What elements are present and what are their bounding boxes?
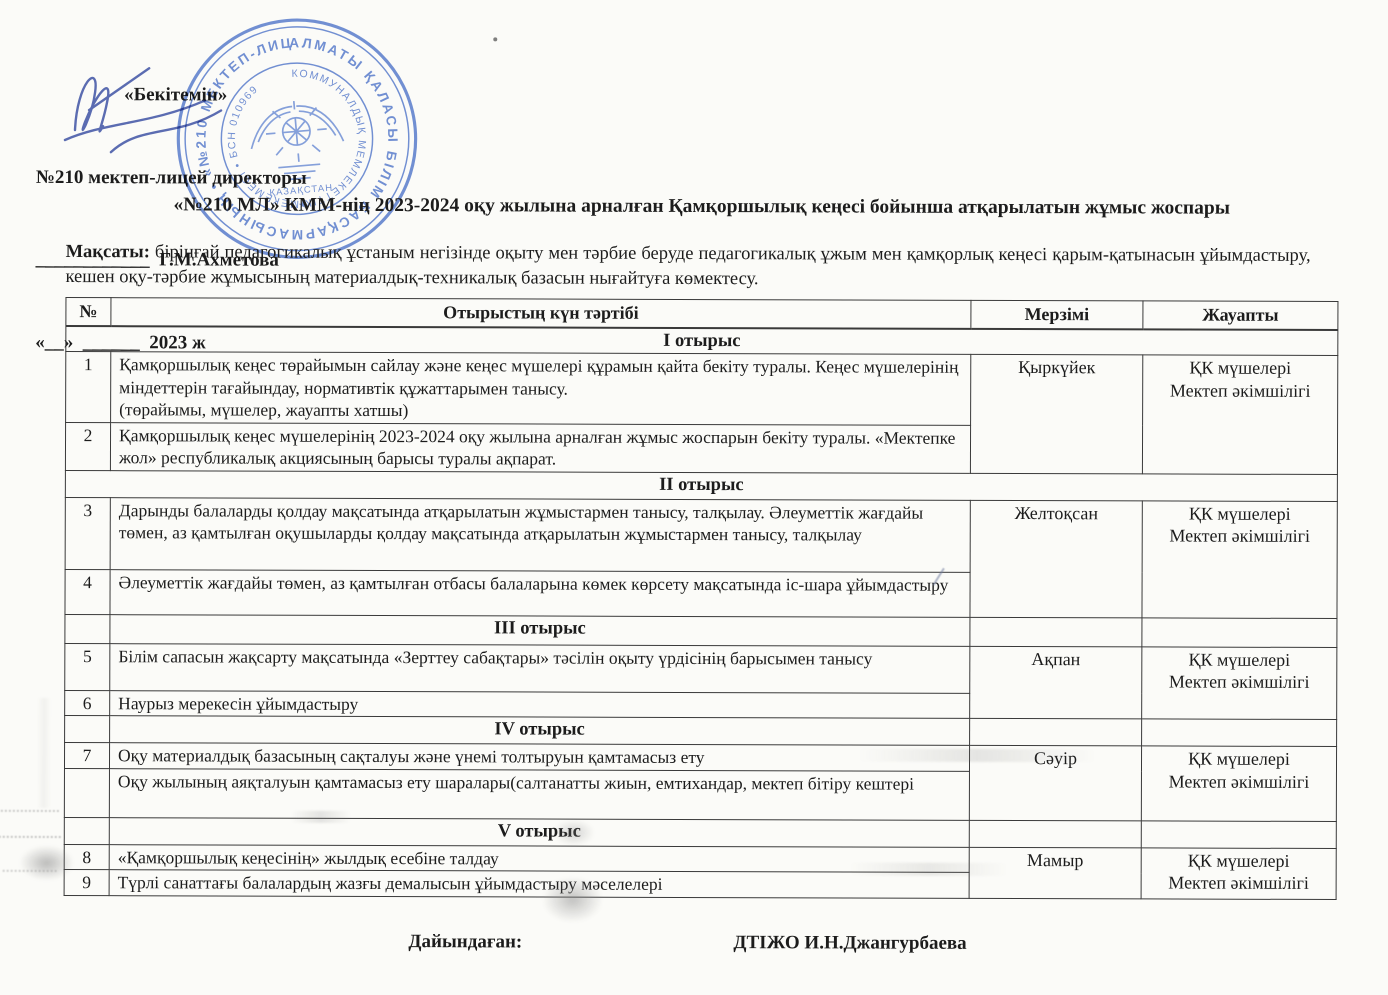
empty-cell — [970, 718, 1142, 746]
section-row-5: V отырыс — [64, 817, 1336, 848]
official-stamp: АЛМАТЫ ҚАЛАСЫ БІЛІМ БАСҚАРМАСЫНЫҢ • «№21… — [161, 3, 433, 275]
agenda-cell: Әлеуметтік жағдайы төмен, аз қамтылған о… — [110, 569, 970, 617]
empty-cell — [1142, 719, 1337, 747]
table-row: 1 Қамқоршылық кеңес төрайымын сайлау жән… — [66, 352, 1338, 426]
empty-cell — [970, 617, 1142, 647]
section-header-cell: I отырыс — [66, 326, 1338, 356]
scan-speck — [493, 37, 497, 41]
agenda-cell: Білім сапасын жақсарту мақсатында «Зертт… — [110, 643, 970, 693]
table-row: 8 «Қамқоршылық кеңесінің» жылдық есебіне… — [64, 844, 1336, 873]
header-term: Мерзімі — [971, 300, 1143, 329]
row-number-cell: 6 — [65, 690, 110, 716]
section-header-cell: V отырыс — [109, 817, 969, 847]
row-number-cell: 1 — [66, 352, 111, 423]
empty-cell — [969, 820, 1141, 848]
empty-cell — [64, 817, 109, 844]
row-number-cell: 9 — [64, 870, 109, 896]
footer-block: Дайындаған: ДТІЖО И.Н.Джангурбаева — [0, 930, 1386, 934]
purpose-paragraph: Мақсаты: біріңғай педагогикалық ұстаным … — [65, 240, 1310, 293]
section-row-4: IV отырыс — [65, 716, 1337, 747]
term-cell: Желтоқсан — [970, 500, 1142, 618]
agenda-cell: Түрлі санаттағы балалардың жазғы демалыс… — [109, 870, 969, 898]
empty-cell — [1141, 820, 1336, 848]
agenda-cell: Оқу жылының аяқталуын қамтамасыз ету шар… — [109, 768, 969, 820]
state-emblem-icon — [248, 97, 347, 182]
empty-cell — [1142, 617, 1337, 647]
responsible-cell: ҚК мүшелері Мектеп әкімшілігі — [1142, 355, 1337, 474]
header-responsible: Жауапты — [1143, 301, 1338, 330]
table-row: 5 Білім сапасын жақсарту мақсатында «Зер… — [65, 643, 1337, 694]
row-number-cell — [64, 768, 109, 817]
agenda-cell: Қамқоршылық кеңес төрайымын сайлау және … — [111, 352, 971, 425]
section-row-1: I отырыс — [66, 326, 1338, 356]
agenda-cell: Наурыз мерекесін ұйымдастыру — [110, 690, 970, 718]
document-title: «№210 МЛ» КММ-нің 2023-2024 оқу жылына а… — [66, 194, 1338, 220]
section-header-cell: III отырыс — [110, 614, 970, 646]
purpose-text: біріңғай педагогикалық ұстаным негізінде… — [66, 242, 1311, 288]
header-agenda: Отырыстың күн тәртібі — [111, 298, 971, 329]
scanned-document-page: «Бекітемін» №210 мектеп-лицей директоры … — [0, 0, 1388, 995]
prepared-by-name: ДТІЖО И.Н.Джангурбаева — [733, 932, 966, 955]
section-row-3: III отырыс — [65, 614, 1337, 647]
row-number-cell: 4 — [65, 569, 110, 614]
scan-smudge — [3, 870, 57, 872]
section-header-cell: IV отырыс — [110, 716, 970, 746]
row-number-cell: 5 — [65, 643, 110, 690]
term-cell: Ақпан — [970, 646, 1142, 719]
section-header-cell: II отырыс — [65, 470, 1337, 501]
empty-cell — [65, 614, 110, 643]
scan-smudge — [37, 698, 51, 808]
responsible-cell: ҚК мүшелері Мектеп әкімшілігі — [1142, 646, 1337, 719]
agenda-cell: Оқу материалдық базасының сақталуы және … — [109, 743, 969, 771]
row-number-cell: 8 — [64, 844, 109, 870]
section-row-2: II отырыс — [65, 470, 1337, 501]
row-number-cell: 3 — [65, 497, 110, 569]
term-cell: Мамыр — [969, 847, 1141, 899]
row-number-cell: 2 — [65, 422, 110, 470]
purpose-label: Мақсаты: — [66, 242, 150, 262]
prepared-by-label: Дайындаған: — [408, 931, 522, 953]
responsible-cell: ҚК мүшелері Мектеп әкімшілігі — [1142, 500, 1337, 618]
responsible-cell: ҚК мүшелері Мектеп әкімшілігі — [1141, 847, 1336, 899]
agenda-cell: Дарынды балаларды қолдау мақсатында атқа… — [110, 497, 970, 572]
work-plan-table: № Отырыстың күн тәртібі Мерзімі Жауапты … — [64, 297, 1339, 899]
responsible-cell: ҚК мүшелері Мектеп әкімшілігі — [1141, 746, 1336, 821]
table-header-row: № Отырыстың күн тәртібі Мерзімі Жауапты — [66, 298, 1338, 330]
term-cell: Қыркүйек — [970, 354, 1142, 473]
table-row: 3 Дарынды балаларды қолдау мақсатында ат… — [65, 497, 1337, 573]
header-number: № — [66, 298, 111, 326]
scan-smudge — [0, 836, 61, 838]
agenda-cell: «Қамқоршылық кеңесінің» жылдық есебіне т… — [109, 844, 969, 872]
table-row: 7 Оқу материалдық базасының сақталуы жән… — [64, 743, 1336, 772]
scan-smudge — [1, 810, 59, 812]
empty-cell — [65, 716, 110, 743]
row-number-cell: 7 — [64, 743, 109, 769]
term-cell: Сәуір — [969, 745, 1141, 820]
agenda-cell: Қамқоршылық кеңес мүшелерінің 2023-2024 … — [110, 422, 970, 473]
